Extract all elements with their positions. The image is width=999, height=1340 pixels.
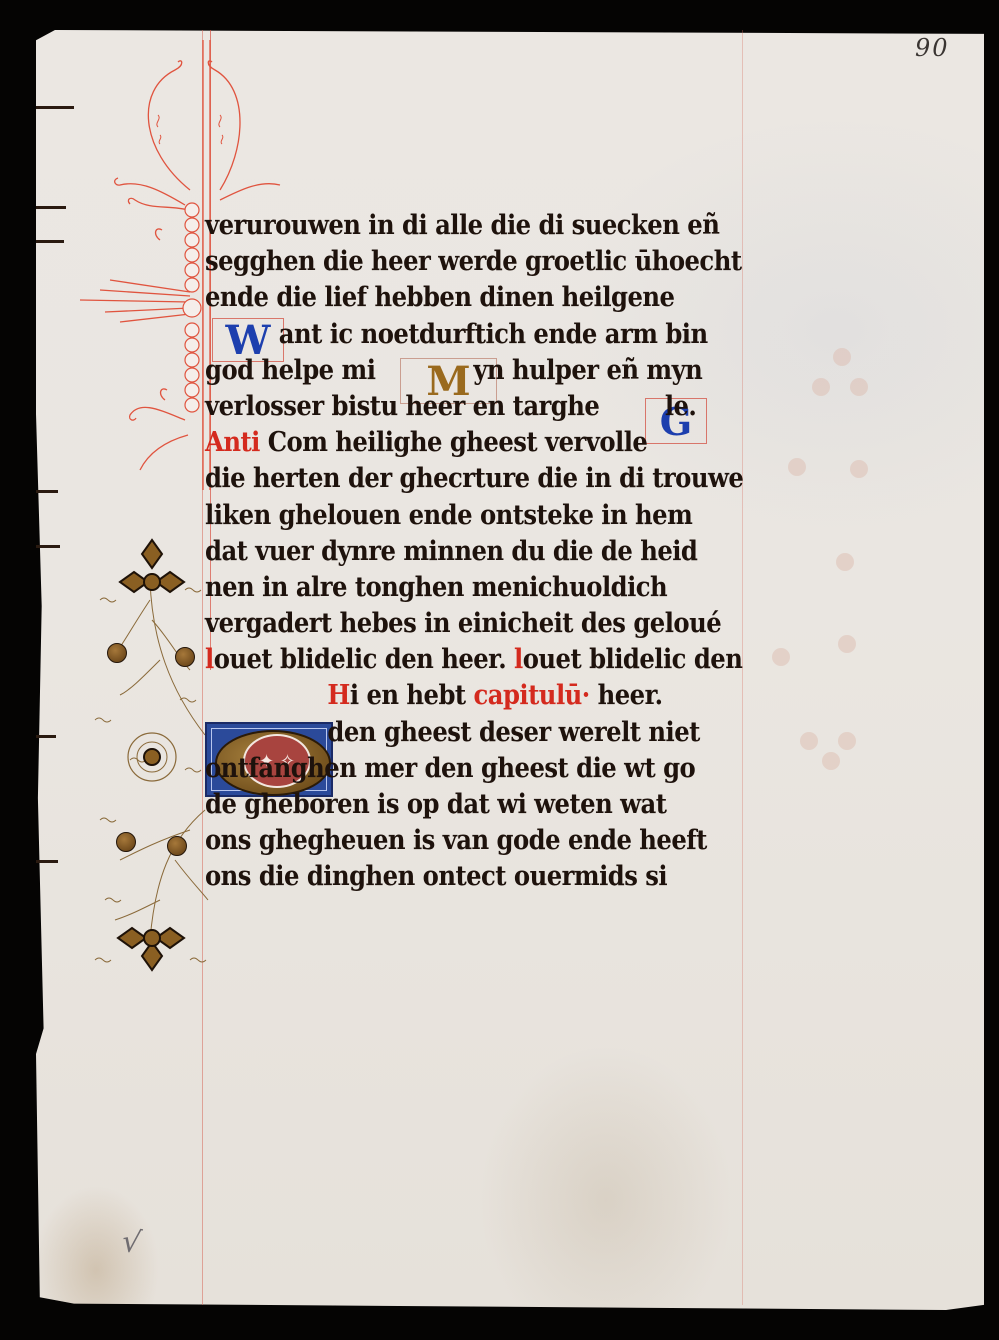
edge-tear (36, 106, 74, 109)
show-through-ornament (788, 458, 806, 476)
text-line: liken ghelouen ende ontsteke in hem (205, 498, 709, 534)
show-through-ornament (800, 732, 818, 750)
gold-dot-ornament (175, 647, 195, 667)
show-through-ornament (822, 752, 840, 770)
show-through-ornament (812, 378, 830, 396)
text-line: ontfanghen mer den gheest die wt go (205, 751, 709, 787)
text-line: den gheest deser werelt niet (205, 715, 709, 751)
text-line: god helpe mi yn hulper eñ myn (205, 353, 709, 389)
text-line: verlosser bistu heer en targhe le. (205, 389, 709, 425)
text-line: dat vuer dynre minnen du die de heid (205, 534, 709, 570)
text-line: ende die lief hebben dinen heilgene (205, 280, 709, 316)
text-line: Anti Com heilighe gheest vervolle (205, 425, 709, 461)
show-through-ornament (836, 553, 854, 571)
text-line: ons die dinghen ontect ouermids si (205, 859, 709, 895)
show-through-ornament (833, 348, 851, 366)
folio-number: 90 (915, 34, 950, 62)
rubric-antiphon: Anti (205, 427, 260, 458)
show-through-ornament (772, 648, 790, 666)
gold-dot-ornament (116, 832, 136, 852)
text-line: die herten der ghecrture die in di trouw… (205, 461, 709, 497)
edge-tear (36, 206, 66, 209)
edge-tear (36, 490, 58, 493)
text-line: vergadert hebes in einicheit des geloué (205, 606, 709, 642)
edge-tear (36, 735, 56, 738)
text-line: de gheboren is op dat wi weten wat (205, 787, 709, 823)
show-through-ornament (838, 732, 856, 750)
gold-spray-border (90, 520, 220, 990)
text-line: verurouwen in di alle die di suecken eñ (205, 208, 709, 244)
text-line: ons ghegheuen is van gode ende heeft (205, 823, 709, 859)
gold-dot-ornament (167, 836, 187, 856)
red-penwork-border (80, 40, 220, 490)
text-line: louet blidelic den heer. louet blidelic … (205, 642, 709, 678)
main-text-block: verurouwen in di alle die di suecken eñ … (205, 208, 765, 896)
text-line: segghen die heer werde groetlic ūhoecht (205, 244, 709, 280)
text-line: nen in alre tonghen menichuoldich (205, 570, 709, 606)
gold-dot-ornament (107, 643, 127, 663)
show-through-ornament (850, 378, 868, 396)
show-through-ornament (850, 460, 868, 478)
text-line: ant ic noetdurftich ende arm bin (205, 317, 709, 353)
edge-tear (36, 860, 58, 863)
text-line: Hi en hebt capitulū· heer. (205, 678, 709, 714)
show-through-ornament (838, 635, 856, 653)
edge-tear (36, 545, 60, 548)
edge-tear (36, 240, 64, 243)
rubric-capitulum: capitulū· (474, 680, 590, 711)
